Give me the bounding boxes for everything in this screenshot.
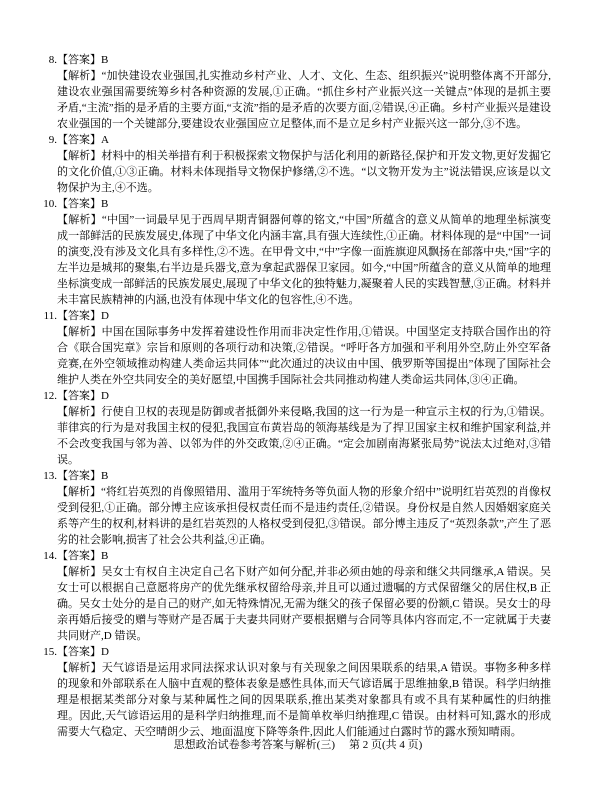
answer-item-q14: 14. 【答案】B 【解析】吴女士有权自主决定自己名下财产如何分配,并非必须由她… [57, 548, 551, 644]
answer-line: 【答案】A [57, 132, 551, 148]
analysis-label: 【解析】 [57, 70, 102, 82]
question-number: 13. [43, 468, 57, 484]
analysis-label: 【解析】 [57, 214, 102, 226]
answer-value: B [101, 198, 108, 210]
question-number: 11. [44, 308, 57, 324]
answer-line: 【答案】B [57, 196, 551, 212]
analysis-paragraph: 【解析】吴女士有权自主决定自己名下财产如何分配,并非必须由她的母亲和继父共同继承… [57, 564, 551, 644]
analysis-paragraph: 【解析】行使自卫权的表现是防御或者抵御外来侵略,我国的这一行为是一种宣示主权的行… [57, 404, 551, 468]
answer-item-q13: 13. 【答案】B 【解析】“将红岩英烈的肖像照错用、滥用于军统特务等负面人物的… [57, 468, 551, 548]
analysis-label: 【解析】 [57, 566, 102, 578]
analysis-text: 行使自卫权的表现是防御或者抵御外来侵略,我国的这一行为是一种宣示主权的行为,①错… [57, 406, 551, 466]
analysis-paragraph: 【解析】中国在国际事务中发挥着建设性作用而非决定性作用,①错误。中国坚定支持联合… [57, 324, 551, 388]
answer-value: B [101, 470, 108, 482]
answer-value: A [101, 134, 109, 146]
answer-label: 【答案】 [57, 310, 101, 322]
question-number: 8. [49, 52, 57, 68]
analysis-text: 中国在国际事务中发挥着建设性作用而非决定性作用,①错误。中国坚定支持联合国作出的… [57, 326, 551, 386]
answer-value: D [101, 310, 109, 322]
answer-value: B [101, 54, 108, 66]
analysis-paragraph: 【解析】“中国”一词最早见于西周早期青铜器何尊的铭文,“中国”所蕴含的意义从简单… [57, 212, 551, 308]
analysis-paragraph: 【解析】“将红岩英烈的肖像照错用、滥用于军统特务等负面人物的形象介绍中”说明红岩… [57, 484, 551, 548]
analysis-text: 材料中的相关举措有利于积极探索文物保护与活化利用的新路径,保护和开发文物,更好发… [57, 150, 551, 194]
question-number: 12. [43, 388, 57, 404]
analysis-label: 【解析】 [57, 486, 101, 498]
answer-line: 【答案】D [57, 308, 551, 324]
analysis-label: 【解析】 [57, 326, 102, 338]
analysis-text: “加快建设农业强国,扎实推动乡村产业、人才、文化、生态、组织振兴”说明整体离不开… [57, 70, 551, 130]
analysis-text: “中国”一词最早见于西周早期青铜器何尊的铭文,“中国”所蕴含的意义从简单的地理坐… [57, 214, 551, 306]
footer-doc-title: 思想政治试卷参考答案与解析(三) [174, 739, 335, 751]
answer-line: 【答案】B [57, 468, 551, 484]
answer-label: 【答案】 [57, 134, 101, 146]
question-number: 15. [43, 644, 57, 660]
answer-line: 【答案】B [57, 548, 551, 564]
answer-item-q15: 15. 【答案】D 【解析】天气谚语是运用求同法探求认识对象与有关现象之间因果联… [57, 644, 551, 740]
answer-label: 【答案】 [57, 646, 101, 658]
answer-label: 【答案】 [57, 390, 101, 402]
analysis-paragraph: 【解析】天气谚语是运用求同法探求认识对象与有关现象之间因果联系的结果,A 错误。… [57, 660, 551, 740]
question-number: 9. [49, 132, 57, 148]
page-footer: 思想政治试卷参考答案与解析(三)第 2 页(共 4 页) [0, 737, 596, 753]
answer-item-q12: 12. 【答案】D 【解析】行使自卫权的表现是防御或者抵御外来侵略,我国的这一行… [57, 388, 551, 468]
answer-line: 【答案】B [57, 52, 551, 68]
answer-label: 【答案】 [57, 198, 101, 210]
answer-label: 【答案】 [57, 550, 101, 562]
question-number: 10. [43, 196, 57, 212]
analysis-label: 【解析】 [57, 150, 101, 162]
analysis-text: 天气谚语是运用求同法探求认识对象与有关现象之间因果联系的结果,A 错误。事物多种… [57, 662, 551, 738]
answer-value: D [101, 646, 109, 658]
analysis-paragraph: 【解析】材料中的相关举措有利于积极探索文物保护与活化利用的新路径,保护和开发文物… [57, 148, 551, 196]
answer-list: 8. 【答案】B 【解析】“加快建设农业强国,扎实推动乡村产业、人才、文化、生态… [57, 52, 551, 740]
answer-value: D [101, 390, 109, 402]
answer-item-q11: 11. 【答案】D 【解析】中国在国际事务中发挥着建设性作用而非决定性作用,①错… [57, 308, 551, 388]
answer-item-q10: 10. 【答案】B 【解析】“中国”一词最早见于西周早期青铜器何尊的铭文,“中国… [57, 196, 551, 308]
analysis-paragraph: 【解析】“加快建设农业强国,扎实推动乡村产业、人才、文化、生态、组织振兴”说明整… [57, 68, 551, 132]
question-number: 14. [43, 548, 57, 564]
answer-line: 【答案】D [57, 644, 551, 660]
answer-label: 【答案】 [57, 470, 101, 482]
answer-line: 【答案】D [57, 388, 551, 404]
analysis-label: 【解析】 [57, 406, 101, 418]
answer-item-q8: 8. 【答案】B 【解析】“加快建设农业强国,扎实推动乡村产业、人才、文化、生态… [57, 52, 551, 132]
footer-page-info: 第 2 页(共 4 页) [349, 739, 422, 751]
answer-item-q9: 9. 【答案】A 【解析】材料中的相关举措有利于积极探索文物保护与活化利用的新路… [57, 132, 551, 196]
exam-answer-page: 8. 【答案】B 【解析】“加快建设农业强国,扎实推动乡村产业、人才、文化、生态… [0, 0, 596, 794]
answer-label: 【答案】 [57, 54, 101, 66]
analysis-text: 吴女士有权自主决定自己名下财产如何分配,并非必须由她的母亲和继父共同继承,A 错… [57, 566, 551, 642]
analysis-label: 【解析】 [57, 662, 102, 674]
analysis-text: “将红岩英烈的肖像照错用、滥用于军统特务等负面人物的形象介绍中”说明红岩英烈的肖… [57, 486, 551, 546]
answer-value: B [101, 550, 108, 562]
